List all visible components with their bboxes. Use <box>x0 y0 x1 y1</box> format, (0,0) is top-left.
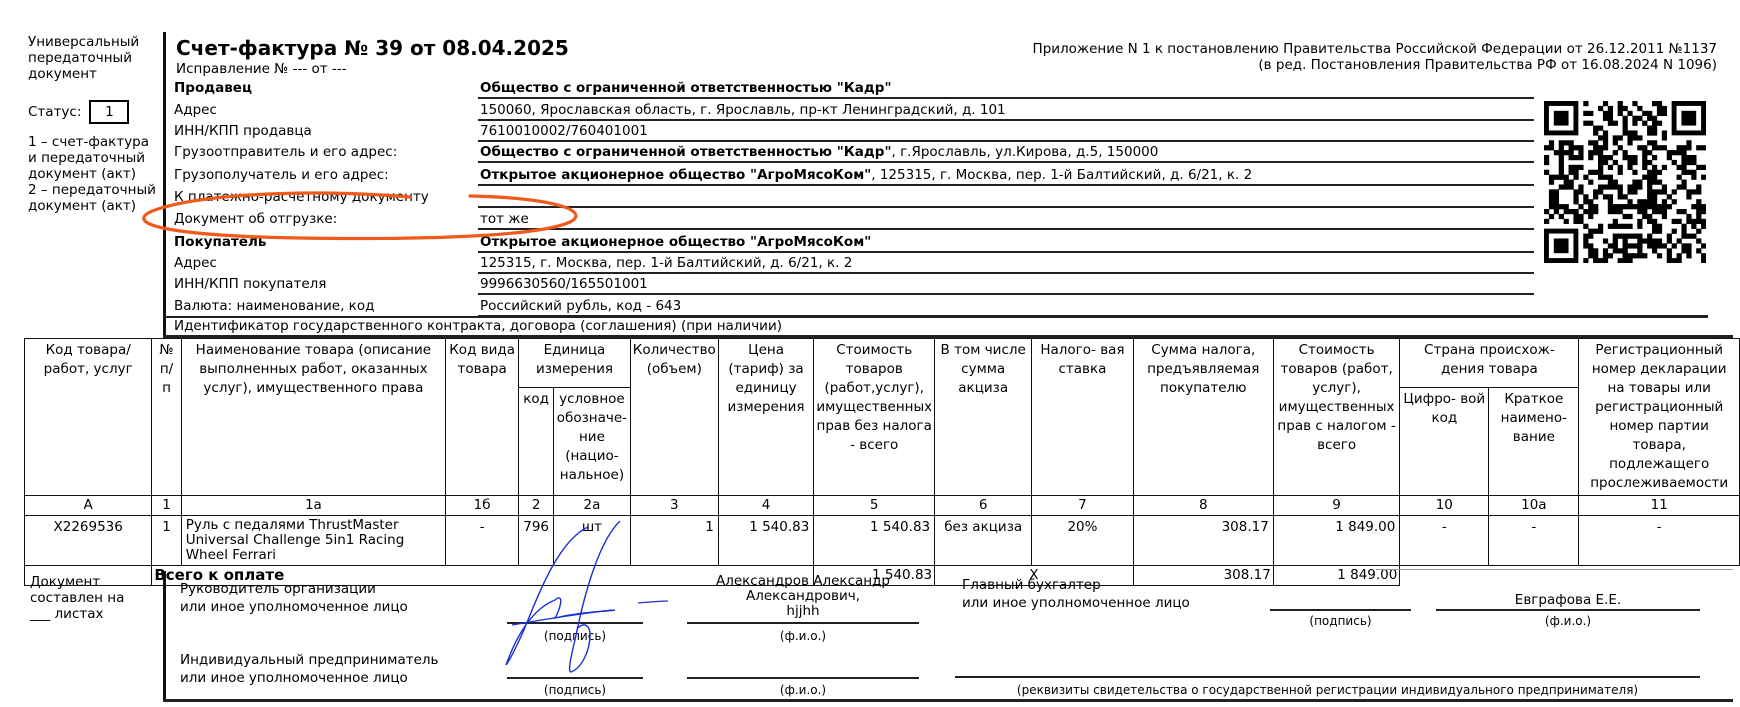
head-name-line: Александрович, <box>687 589 919 604</box>
appendix-line-2: (в ред. Постановления Правительства РФ о… <box>1258 57 1717 73</box>
field-label: Грузополучатель и его адрес: <box>174 167 389 183</box>
header-unit-code: код <box>519 388 554 496</box>
ip-label-line: Индивидуальный предприниматель <box>180 651 439 669</box>
field-underline <box>478 206 1534 208</box>
field-underline <box>478 228 1534 230</box>
col-number: А <box>25 496 152 516</box>
header-kind: Код вида товара <box>446 339 519 496</box>
header-cost-no-tax: Стоимость товаров (работ,услуг), имущест… <box>814 339 935 496</box>
field-underline <box>478 272 1534 274</box>
fio-caption: (ф.и.о.) <box>687 629 919 643</box>
field-value: Открытое акционерное общество "АгроМясоК… <box>480 167 1252 183</box>
accountant-label-line: или иное уполномоченное лицо <box>962 594 1190 612</box>
head-label-line: или иное уполномоченное лицо <box>180 598 408 616</box>
col-number: 11 <box>1579 496 1740 516</box>
status-row: Статус:1 <box>28 100 163 124</box>
doc-type-line: передаточный <box>28 50 163 66</box>
field-value: Общество с ограниченной ответственностью… <box>480 144 1158 160</box>
field-value: 125315, г. Москва, пер. 1-й Балтийский, … <box>480 255 852 271</box>
col-number: 3 <box>630 496 718 516</box>
field-label: ИНН/КПП продавца <box>174 123 312 139</box>
field-underline <box>478 119 1534 121</box>
cell-name: Руль с педалями ThrustMaster Universal C… <box>181 516 445 566</box>
field-label: Покупатель <box>174 234 266 250</box>
header-code: Код товара/ работ, услуг <box>25 339 152 496</box>
field-value: - <box>480 189 485 205</box>
header-price: Цена (тариф) за единицу измерения <box>718 339 814 496</box>
col-number: 10а <box>1489 496 1579 516</box>
head-name-line: hjjhh <box>687 604 919 619</box>
signature-caption: (подпись) <box>507 629 643 643</box>
col-number: 1 <box>152 496 181 516</box>
accountant-label-line: Главный бухгалтер <box>962 576 1190 594</box>
left-border <box>163 32 166 337</box>
fio-caption: (ф.и.о.) <box>1436 614 1700 628</box>
header-reg-num: Регистрационный номер декларации на това… <box>1579 339 1740 496</box>
divider <box>1376 569 1733 570</box>
field-value: 150060, Ярославская область, г. Ярославл… <box>480 102 1006 118</box>
status-legend: 1 – счет-фактура и передаточный документ… <box>28 134 163 214</box>
header-num: № п/ п <box>152 339 181 496</box>
doc-type-line: Универсальный <box>28 34 163 50</box>
fio-line <box>687 622 919 624</box>
field-value-bold: Открытое акционерное общество "АгроМясоК… <box>480 167 871 183</box>
cell-price: 1 540.83 <box>718 516 814 566</box>
cell-cost-no-tax: 1 540.83 <box>814 516 935 566</box>
cell-cost-with-tax: 1 849.00 <box>1273 516 1400 566</box>
status-legend-line: документ (акт) <box>28 198 163 214</box>
page-title: Счет-фактура № 39 от 08.04.2025 <box>176 36 569 60</box>
header-name: Наименование товара (описание выполненны… <box>181 339 445 496</box>
header-tax: Сумма налога, предъявляемая покупателю <box>1133 339 1273 496</box>
head-name-line: Александров Александр <box>687 574 919 589</box>
cell-excise: без акциза <box>935 516 1032 566</box>
items-table: Код товара/ работ, услуг № п/ п Наименов… <box>24 338 1740 586</box>
field-underline <box>478 161 1534 163</box>
field-label: Продавец <box>174 80 252 96</box>
header-rate: Налого- вая ставка <box>1032 339 1133 496</box>
header-unit: Единица измерения <box>519 339 631 388</box>
ip-reg-line <box>955 676 1700 678</box>
table-row: X2269536 1 Руль с педалями ThrustMaster … <box>25 516 1740 566</box>
field-value: Российский рубль, код - 643 <box>480 298 681 314</box>
col-number: 8 <box>1133 496 1273 516</box>
col-number: 9 <box>1273 496 1400 516</box>
signature-caption: (подпись) <box>1270 614 1411 628</box>
header-excise: В том числе сумма акциза <box>935 339 1032 496</box>
qr-code-icon <box>1544 101 1706 263</box>
field-value-bold: Открытое акционерное общество "АгроМясоК… <box>480 234 871 250</box>
field-value-bold: Общество с ограниченной ответственностью… <box>480 80 891 96</box>
fio-caption: (ф.и.о.) <box>687 683 919 697</box>
cell-num: 1 <box>152 516 181 566</box>
status-legend-line: и передаточный <box>28 150 163 166</box>
col-number: 6 <box>935 496 1032 516</box>
ip-reg-caption: (реквизиты свидетельства о государственн… <box>955 683 1700 697</box>
sheets-line: Документ <box>30 574 124 590</box>
head-label-line: Руководитель организации <box>180 580 408 598</box>
col-number: 1а <box>181 496 445 516</box>
status-legend-line: 1 – счет-фактура <box>28 134 163 150</box>
cell-code: X2269536 <box>25 516 152 566</box>
field-label: Валюта: наименование, код <box>174 298 374 314</box>
cell-country-name: - <box>1489 516 1579 566</box>
cell-kind: - <box>446 516 519 566</box>
signature-line <box>507 622 643 624</box>
document-type-block: Универсальный передаточный документ Стат… <box>28 34 163 214</box>
signature-caption: (подпись) <box>507 683 643 697</box>
field-underline <box>478 293 1534 295</box>
accountant-signature-line <box>1270 609 1411 611</box>
ip-label-line: или иное уполномоченное лицо <box>180 669 439 687</box>
field-label: ИНН/КПП покупателя <box>174 276 326 292</box>
divider <box>163 316 1708 318</box>
footer-left-border <box>163 571 166 701</box>
header-country-code: Цифро- вой код <box>1400 388 1489 496</box>
sheets-line: составлен на <box>30 590 124 606</box>
field-value: 9996630560/165501001 <box>480 276 648 292</box>
sheets-line: ___ листах <box>30 606 124 622</box>
cell-reg-num: - <box>1579 516 1740 566</box>
correction-line: Исправление № --- от --- <box>176 61 347 77</box>
col-number: 4 <box>718 496 814 516</box>
fio-line <box>687 677 919 679</box>
field-underline <box>478 251 1534 253</box>
col-number: 10 <box>1400 496 1489 516</box>
col-number: 2а <box>554 496 631 516</box>
status-label: Статус: <box>28 104 81 120</box>
field-underline <box>478 184 1534 186</box>
header-unit-name: условное обозначе- ние (нацио- нальное) <box>554 388 631 496</box>
cell-rate: 20% <box>1032 516 1133 566</box>
header-qty: Количество (объем) <box>630 339 718 496</box>
header-country: Страна происхож- дения товара <box>1400 339 1579 388</box>
cell-qty: 1 <box>630 516 718 566</box>
accountant-fio-line <box>1436 609 1700 611</box>
accountant-name: Евграфова Е.Е. <box>1436 592 1700 608</box>
cell-unit-code: 796 <box>519 516 554 566</box>
column-numbers-row: А 1 1а 1б 2 2а 3 4 5 6 7 8 9 10 10а 11 <box>25 496 1740 516</box>
col-number: 7 <box>1032 496 1133 516</box>
header-cost-with-tax: Стоимость товаров (работ, услуг), имущес… <box>1273 339 1400 496</box>
status-box: 1 <box>89 100 129 124</box>
ip-label: Индивидуальный предприниматель или иное … <box>180 651 439 687</box>
field-underline <box>478 97 1534 99</box>
doc-type-line: документ <box>28 66 163 82</box>
cell-country-code: - <box>1400 516 1489 566</box>
head-label: Руководитель организации или иное уполно… <box>180 580 408 616</box>
contract-id-label: Идентификатор государственного контракта… <box>174 318 782 334</box>
field-label: Адрес <box>174 255 217 271</box>
cell-unit-name: шт <box>554 516 631 566</box>
field-label: Адрес <box>174 102 217 118</box>
field-label: К платежно-расчетному документу <box>174 189 429 205</box>
col-number: 2 <box>519 496 554 516</box>
appendix-line-1: Приложение N 1 к постановлению Правитель… <box>1033 41 1717 57</box>
field-underline <box>478 140 1534 142</box>
header-country-name: Краткое наимено- вание <box>1489 388 1579 496</box>
field-value: тот же <box>480 211 529 227</box>
signature-line <box>507 677 643 679</box>
field-value: 7610010002/760401001 <box>480 123 648 139</box>
field-value-bold: Общество с ограниченной ответственностью… <box>480 144 891 160</box>
col-number: 1б <box>446 496 519 516</box>
cell-tax: 308.17 <box>1133 516 1273 566</box>
status-legend-line: 2 – передаточный <box>28 182 163 198</box>
sheets-label: Документ составлен на ___ листах <box>30 574 124 622</box>
head-name: Александров Александр Александрович, hjj… <box>687 574 919 619</box>
footer-bottom-border <box>163 699 1733 702</box>
field-label: Грузоотправитель и его адрес: <box>174 144 397 160</box>
field-label: Документ об отгрузке: <box>174 211 337 227</box>
status-legend-line: документ (акт) <box>28 166 163 182</box>
accountant-label: Главный бухгалтер или иное уполномоченно… <box>962 576 1190 612</box>
field-value: Общество с ограниченной ответственностью… <box>480 80 891 96</box>
col-number: 5 <box>814 496 935 516</box>
field-value: Открытое акционерное общество "АгроМясоК… <box>480 234 871 250</box>
